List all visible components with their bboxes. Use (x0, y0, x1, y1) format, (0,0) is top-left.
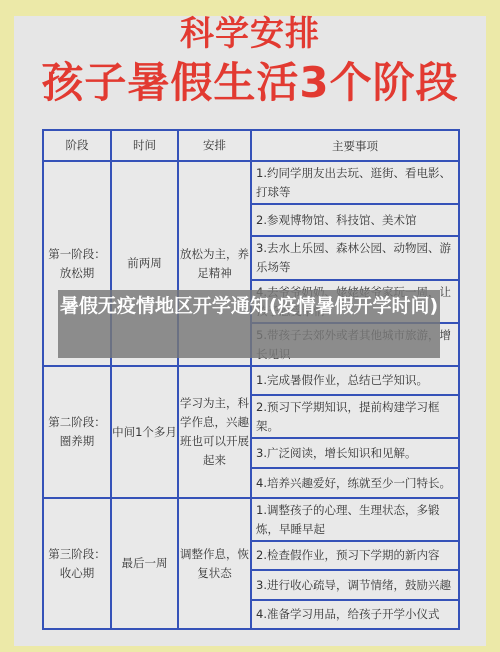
item-cell: 4.准备学习用品，给孩子开学小仪式 (251, 600, 459, 629)
item-cell: 3.进行收心疏导，调节情绪，鼓励兴趣 (251, 570, 459, 600)
stage-cell: 第三阶段：收心期 (43, 498, 111, 629)
item-cell: 2.检查假作业，预习下学期的新内容 (251, 541, 459, 570)
header-main-items: 主要事项 (251, 130, 459, 161)
time-cell: 中间1个多月 (111, 366, 178, 498)
title-line-2: 孩子暑假生活3个阶段 (0, 58, 500, 108)
arrangement-cell: 学习为主，科学作息，兴趣班也可以开展起来 (178, 366, 251, 498)
item-cell: 1.约同学朋友出去玩、逛街、看电影、打球等 (251, 161, 459, 204)
header-arrangement: 安排 (178, 130, 251, 161)
summer-plan-table: 阶段 时间 安排 主要事项 第一阶段：放松期 前两周 放松为主，养足精神 1.约… (42, 129, 460, 630)
stage-cell: 第二阶段：圈养期 (43, 366, 111, 498)
item-cell: 2.预习下学期知识，提前构建学习框架。 (251, 395, 459, 438)
item-cell: 1.调整孩子的心理、生理状态，多锻炼，早睡早起 (251, 498, 459, 541)
header-stage: 阶段 (43, 130, 111, 161)
item-cell: 3.去水上乐园、森林公园、动物园、游乐场等 (251, 236, 459, 280)
table-header-row: 阶段 时间 安排 主要事项 (43, 130, 459, 161)
item-cell: 3.广泛阅读，增长知识和见解。 (251, 438, 459, 468)
time-cell: 最后一周 (111, 498, 178, 629)
arrangement-cell: 调整作息，恢复状态 (178, 498, 251, 629)
item-cell: 4.培养兴趣爱好，练就至少一门特长。 (251, 468, 459, 498)
item-cell: 2.参观博物馆、科技馆、美术馆 (251, 204, 459, 236)
table-row: 第三阶段：收心期 最后一周 调整作息，恢复状态 1.调整孩子的心理、生理状态，多… (43, 498, 459, 541)
caption-text: 暑假无疫情地区开学通知(疫情暑假开学时间) (58, 292, 440, 320)
header-time: 时间 (111, 130, 178, 161)
table-row: 第一阶段：放松期 前两周 放松为主，养足精神 1.约同学朋友出去玩、逛街、看电影… (43, 161, 459, 204)
table-row: 第二阶段：圈养期 中间1个多月 学习为主，科学作息，兴趣班也可以开展起来 1.完… (43, 366, 459, 395)
item-cell: 1.完成暑假作业，总结已学知识。 (251, 366, 459, 395)
title-line-1: 科学安排 (0, 14, 500, 54)
